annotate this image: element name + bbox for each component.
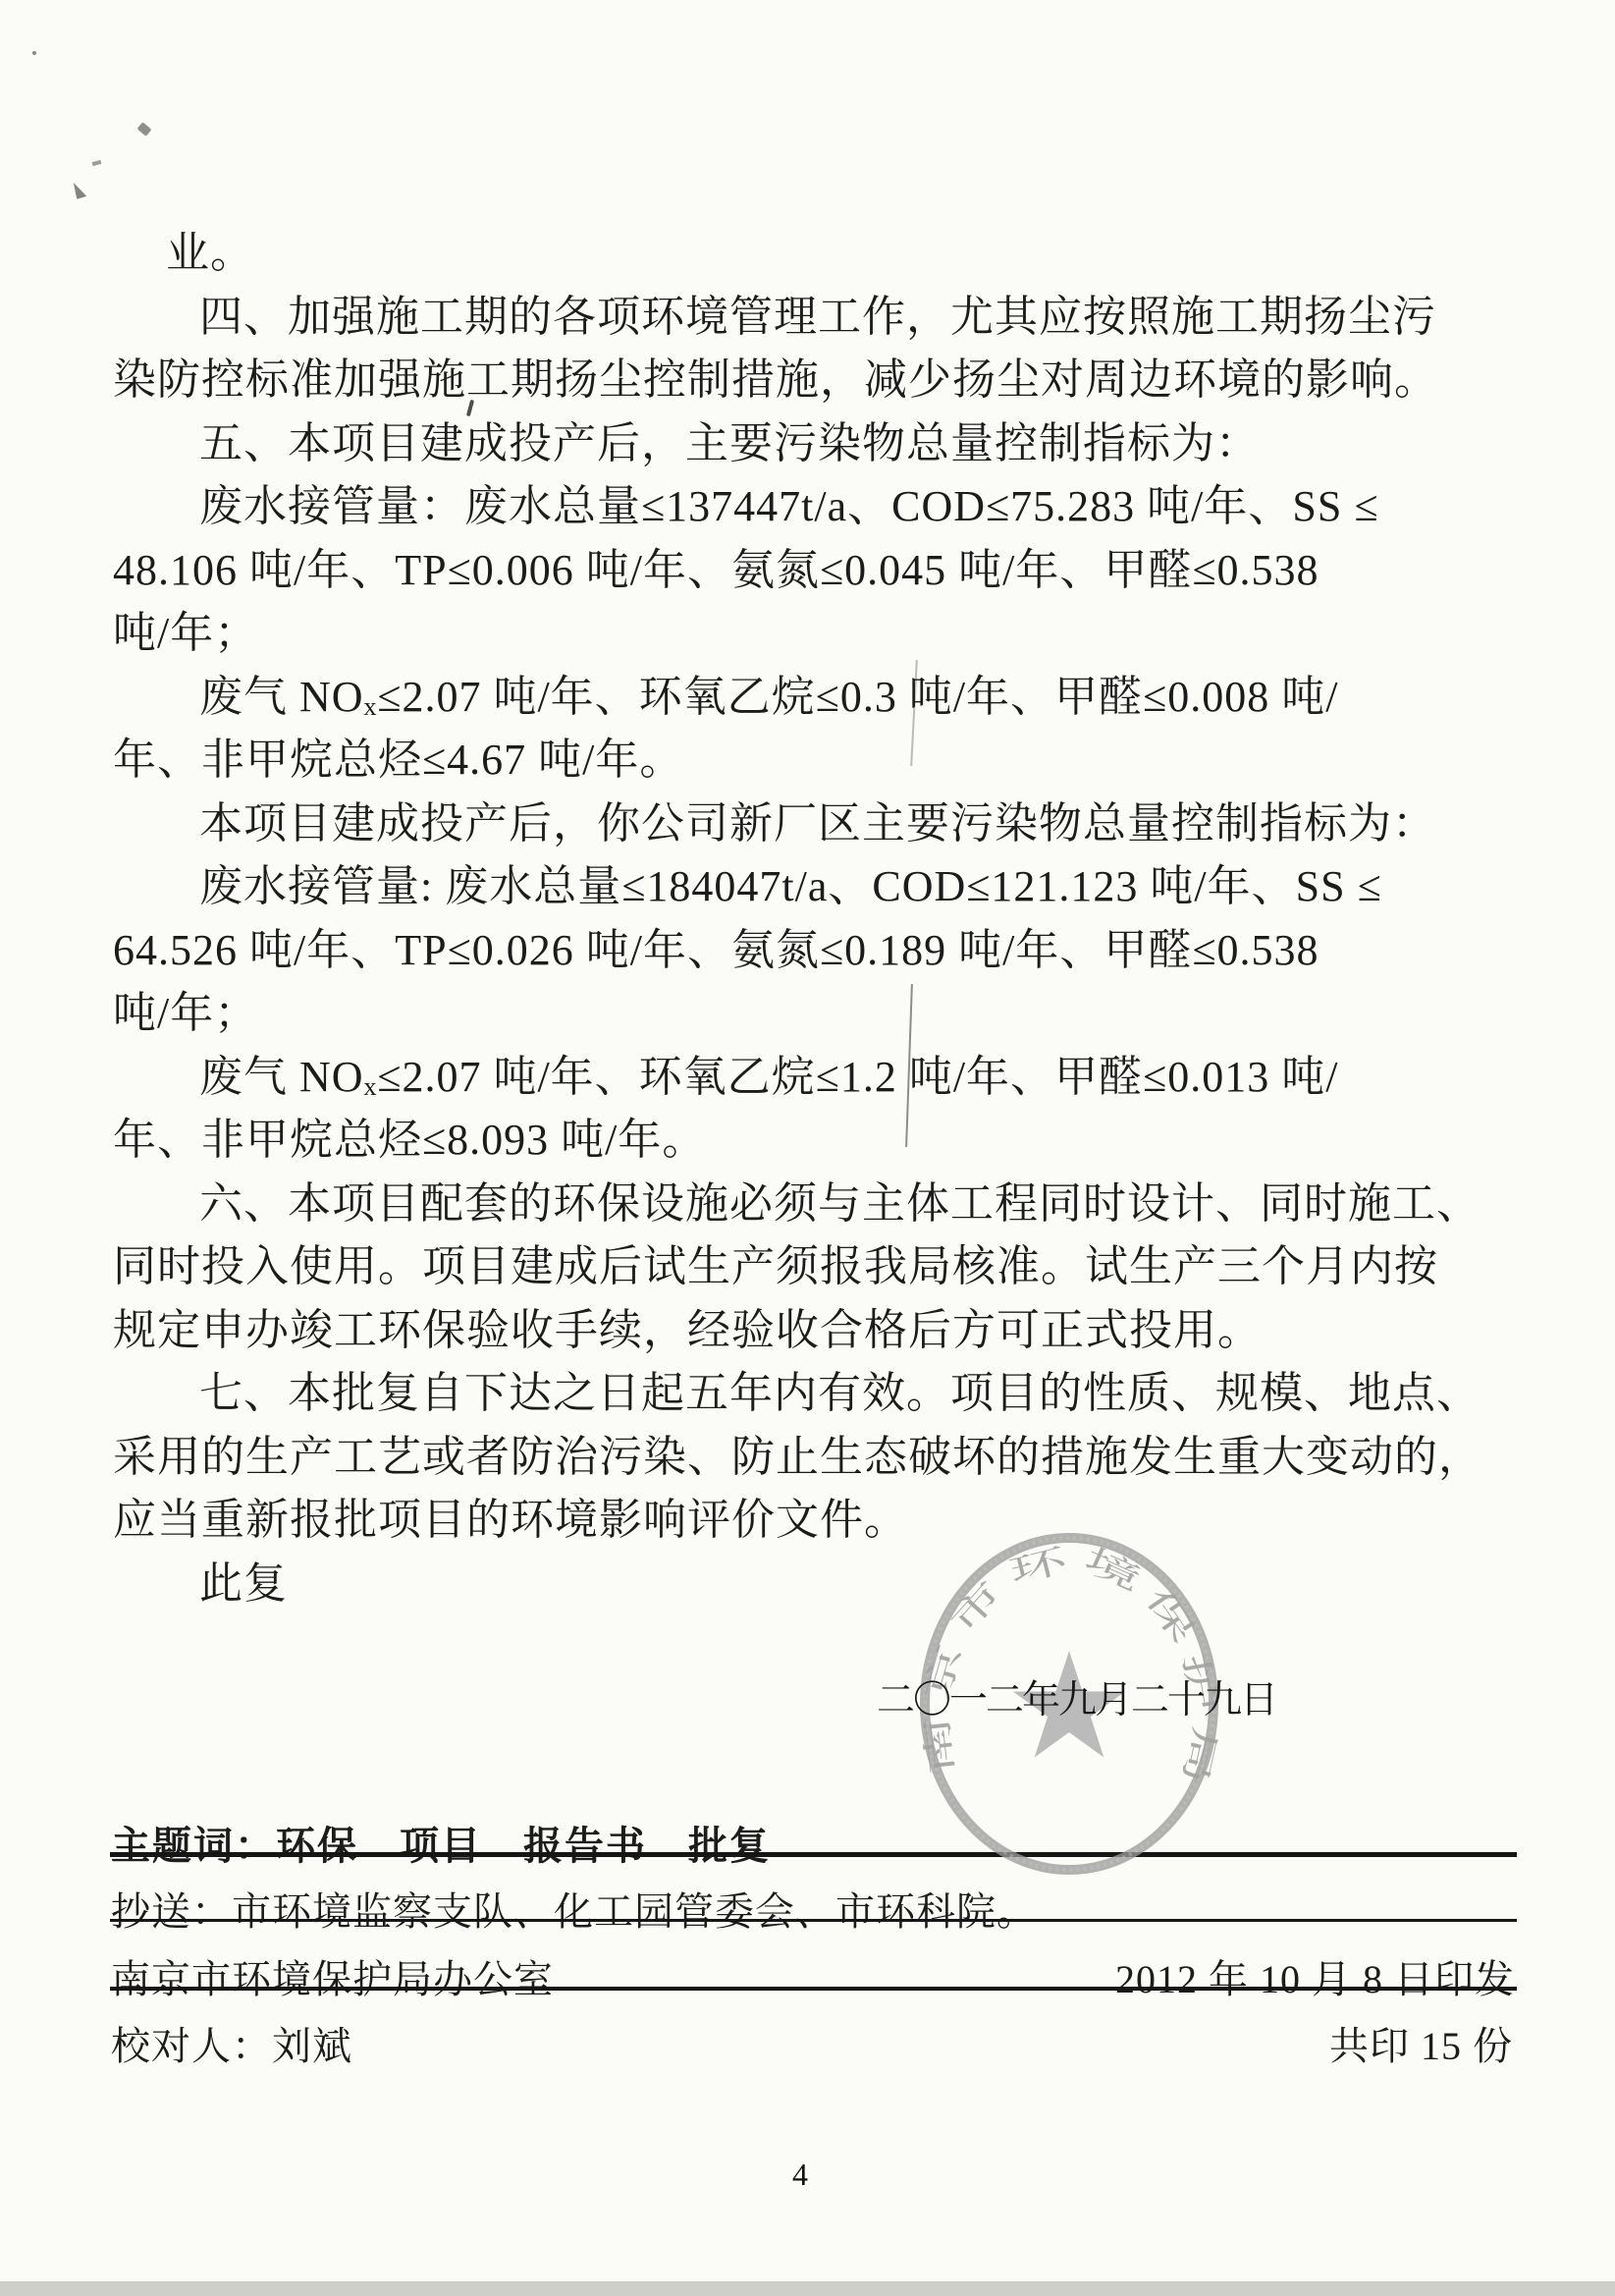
body-line: 应当重新报批项目的环境影响评价文件。: [113, 1489, 1523, 1553]
body-line: 废水接管量：废水总量≤137447t/a、COD≤75.283 吨/年、SS ≤: [113, 475, 1523, 539]
divider-line: [110, 1852, 1517, 1857]
body-line: 48.106 吨/年、TP≤0.006 吨/年、氨氮≤0.045 吨/年、甲醛≤…: [113, 539, 1523, 603]
body-line: 同时投入使用。项目建成后试生产须报我局核准。试生产三个月内按: [113, 1235, 1523, 1299]
body-line: 64.526 吨/年、TP≤0.026 吨/年、氨氮≤0.189 吨/年、甲醛≤…: [113, 919, 1523, 983]
document-body: 业。 四、加强施工期的各项环境管理工作，尤其应按照施工期扬尘污 染防控标准加强施…: [113, 222, 1523, 1615]
body-line: 染防控标准加强施工期扬尘控制措施，减少扬尘对周边环境的影响。: [113, 349, 1523, 412]
scan-speck: [137, 122, 152, 137]
proofreader: 校对人：刘斌: [111, 2015, 352, 2071]
body-line: 此复: [113, 1553, 1523, 1616]
body-line: 年、非甲烷总烃≤8.093 吨/年。: [113, 1109, 1523, 1173]
divider-line: [110, 1919, 1517, 1922]
subject-keywords: 主题词：环保 项目 报告书 批复: [111, 1815, 771, 1871]
cc-list: 抄送：市环境监察支队、化工园管委会、市环科院。: [111, 1881, 1037, 1937]
scan-speck: [32, 51, 36, 55]
body-line: 废水接管量: 废水总量≤184047t/a、COD≤121.123 吨/年、SS…: [113, 855, 1523, 919]
copies-count: 共印 15 份: [1329, 2015, 1513, 2071]
divider-line: [110, 1987, 1517, 1991]
body-line: 吨/年；: [113, 982, 1523, 1046]
body-line: 七、本批复自下达之日起五年内有效。项目的性质、规模、地点、: [113, 1362, 1523, 1426]
body-line: 五、本项目建成投产后，主要污染物总量控制指标为：: [113, 412, 1523, 476]
body-line: 废气 NOₓ≤2.07 吨/年、环氧乙烷≤0.3 吨/年、甲醛≤0.008 吨/: [113, 666, 1523, 730]
page-number: 4: [766, 2157, 834, 2193]
scan-speck: [69, 181, 87, 201]
body-line: 年、非甲烷总烃≤4.67 吨/年。: [113, 729, 1523, 793]
issuing-office: 南京市环境保护局办公室: [111, 1948, 554, 2004]
scan-edge-shadow: [0, 2281, 1615, 2296]
body-line: 规定申办竣工环保验收手续，经验收合格后方可正式投用。: [113, 1299, 1523, 1363]
body-line: 吨/年；: [113, 602, 1523, 666]
issue-date: 二〇一二年九月二十九日: [877, 1669, 1276, 1724]
scan-speck: [92, 160, 102, 166]
body-line: 废气 NOₓ≤2.07 吨/年、环氧乙烷≤1.2 吨/年、甲醛≤0.013 吨/: [113, 1046, 1523, 1110]
scanned-document-page: 业。 四、加强施工期的各项环境管理工作，尤其应按照施工期扬尘污 染防控标准加强施…: [0, 0, 1615, 2296]
body-line: 六、本项目配套的环保设施必须与主体工程同时设计、同时施工、: [113, 1173, 1523, 1236]
body-line: 本项目建成投产后，你公司新厂区主要污染物总量控制指标为：: [113, 793, 1523, 856]
print-date: 2012 年 10 月 8 日印发: [1115, 1948, 1515, 2004]
body-line: 四、加强施工期的各项环境管理工作，尤其应按照施工期扬尘污: [113, 286, 1523, 350]
body-line: 采用的生产工艺或者防治污染、防止生态破坏的措施发生重大变动的，: [113, 1426, 1523, 1490]
body-line: 业。: [113, 222, 1523, 286]
